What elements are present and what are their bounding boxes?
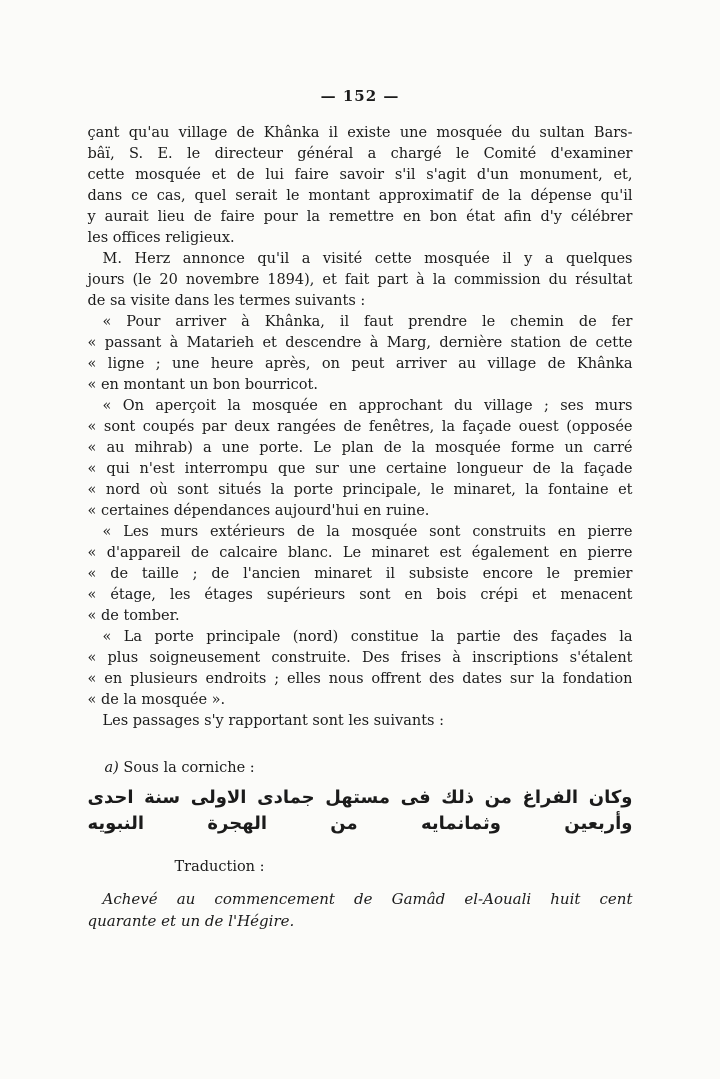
- text-line: « nord où sont situés la porte principal…: [88, 480, 633, 501]
- text-line: « La porte principale (nord) constitue l…: [88, 627, 633, 648]
- document-body: çant qu'au village de Khânka il existe u…: [88, 123, 633, 932]
- section-heading: a) Sous la corniche :: [105, 758, 633, 779]
- text-line: jours (le 20 novembre 1894), et fait par…: [88, 270, 633, 291]
- page-number: — 152 —: [88, 86, 633, 106]
- paragraph: « Pour arriver à Khânka, il faut prendre…: [88, 312, 633, 396]
- text-line: « Les murs extérieurs de la mosquée sont…: [88, 522, 633, 543]
- text-line: « qui n'est interrompu que sur une certa…: [88, 459, 633, 480]
- text-line: dans ce cas, quel serait le montant appr…: [88, 186, 633, 207]
- text-line: « de la mosquée ».: [88, 690, 633, 711]
- translation-paragraph: Achevé au commencement de Gamâd el-Aoual…: [88, 888, 633, 932]
- text-line: « de taille ; de l'ancien minaret il sub…: [88, 564, 633, 585]
- text-line: « certaines dépendances aujourd'hui en r…: [88, 501, 633, 522]
- paragraph: « Les murs extérieurs de la mosquée sont…: [88, 522, 633, 627]
- paragraph: çant qu'au village de Khânka il existe u…: [88, 123, 633, 249]
- text-line: « en montant un bon bourricot.: [88, 375, 633, 396]
- text-line: les offices religieux.: [88, 228, 633, 249]
- text-line: « en plusieurs endroits ; elles nous off…: [88, 669, 633, 690]
- text-line: « étage, les étages supérieurs sont en b…: [88, 585, 633, 606]
- paragraph: Les passages s'y rapportant sont les sui…: [88, 711, 633, 732]
- subheading: Traduction :: [175, 857, 633, 878]
- document-page: — 152 — çant qu'au village de Khânka il …: [88, 0, 633, 932]
- heading-italic-prefix: a): [105, 760, 119, 776]
- text-line: « On aperçoit la mosquée en approchant d…: [88, 396, 633, 417]
- text-line: « au mihrab) a une porte. Le plan de la …: [88, 438, 633, 459]
- text-line: « sont coupés par deux rangées de fenêtr…: [88, 417, 633, 438]
- text-line: Achevé au commencement de Gamâd el-Aoual…: [88, 888, 633, 910]
- text-line: « d'appareil de calcaire blanc. Le minar…: [88, 543, 633, 564]
- text-line: M. Herz annonce qu'il a visité cette mos…: [88, 249, 633, 270]
- text-line: « ligne ; une heure après, on peut arriv…: [88, 354, 633, 375]
- text-line: « Pour arriver à Khânka, il faut prendre…: [88, 312, 633, 333]
- heading-text: Sous la corniche :: [119, 760, 255, 776]
- text-line: Les passages s'y rapportant sont les sui…: [88, 711, 633, 732]
- text-line: « de tomber.: [88, 606, 633, 627]
- text-line: bâï, S. E. le directeur général a chargé…: [88, 144, 633, 165]
- text-line: y aurait lieu de faire pour la remettre …: [88, 207, 633, 228]
- text-line: « plus soigneusement construite. Des fri…: [88, 648, 633, 669]
- text-line: çant qu'au village de Khânka il existe u…: [88, 123, 633, 144]
- paragraph: M. Herz annonce qu'il a visité cette mos…: [88, 249, 633, 312]
- paragraph: « On aperçoit la mosquée en approchant d…: [88, 396, 633, 522]
- text-line: quarante et un de l'Hégire.: [88, 910, 633, 932]
- text-line: « passant à Matarieh et descendre à Marg…: [88, 333, 633, 354]
- text-line: cette mosquée et de lui faire savoir s'i…: [88, 165, 633, 186]
- text-line: de sa visite dans les termes suivants :: [88, 291, 633, 312]
- arabic-inscription: وكان الفراغ من ذلك فى مستهل جمادى الاولى…: [88, 785, 633, 837]
- paragraph: « La porte principale (nord) constitue l…: [88, 627, 633, 711]
